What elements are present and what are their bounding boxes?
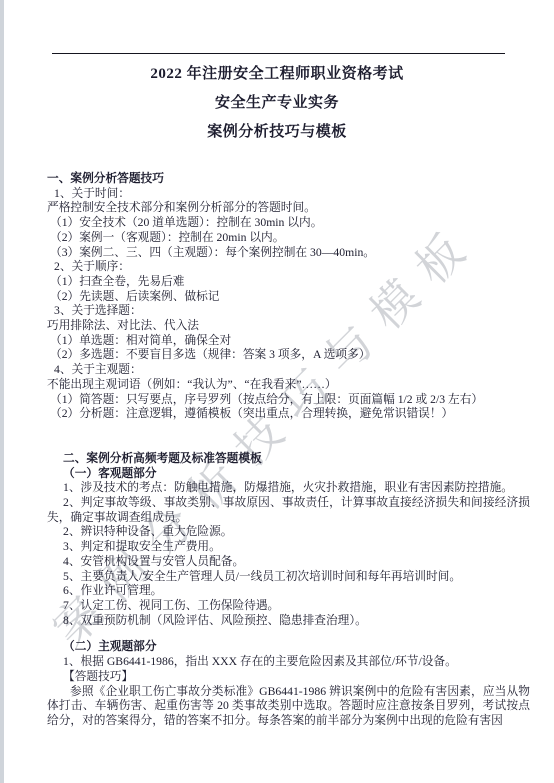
objective-item: 6、作业许可管理。 xyxy=(47,584,530,599)
doc-title-line: 安全生产专业实务 xyxy=(0,89,554,118)
header-rule xyxy=(52,53,505,54)
body-line: 严格控制安全技术部分和案例分析部分的答题时间。 xyxy=(47,201,530,216)
subjective-block: （二）主观题部分 1、根据 GB6441-1986，指出 XXX 存在的主要危险… xyxy=(47,640,530,728)
body-line: （2）多选题：不要盲目多选（规律：答案 3 项多，A 选项多） xyxy=(47,348,530,363)
subjective-item: 1、根据 GB6441-1986，指出 XXX 存在的主要危险因素及其部位/环节… xyxy=(47,655,530,670)
objective-item: 2、辨识特种设备、重大危险源。 xyxy=(47,525,530,540)
objective-item: 5、主要负责人/安全生产管理人员/一线员工初次培训时间和每年再培训时间。 xyxy=(47,570,530,585)
body-line: （2）案例一（客观题）：控制在 20min 以内。 xyxy=(47,231,530,246)
body-line: 不能出现主观词语（例如：“我认为”、“在我看来”……） xyxy=(47,378,530,393)
body-line: 1、关于时间： xyxy=(47,187,530,202)
subjective-heading: （二）主观题部分 xyxy=(47,640,530,655)
tip-paragraph: 参照《企业职工伤亡事故分类标准》GB6441-1986 辨识案例中的危险有害因素… xyxy=(47,685,530,729)
tip-label: 【答题技巧】 xyxy=(47,670,530,685)
doc-title-line: 案例分析技巧与模板 xyxy=(0,118,554,147)
body-line: （2）先读题、后读案例、做标记 xyxy=(47,290,530,305)
document-body: 一、案例分析答题技巧 1、关于时间： 严格控制安全技术部分和案例分析部分的答题时… xyxy=(47,172,530,729)
objective-item: 4、安管机构设置与安管人员配备。 xyxy=(47,555,530,570)
body-line: （1）单选题：相对简单，确保全对 xyxy=(47,334,530,349)
document-page: 案例分析技巧与模板 2022 年注册安全工程师职业资格考试 安全生产专业实务 案… xyxy=(0,0,554,783)
section1-heading: 一、案例分析答题技巧 xyxy=(47,172,530,187)
body-line: （1）简答题：只写要点，序号罗列（按点给分，有上限：页面篇幅 1/2 或 2/3… xyxy=(47,393,530,408)
body-line: 3、关于选择题： xyxy=(47,304,530,319)
objective-item: 8、双重预防机制（风险评估、风险预控、隐患排查治理）。 xyxy=(47,614,530,629)
objective-item: 7、认定工伤、视同工伤、工伤保险待遇。 xyxy=(47,599,530,614)
objective-item: 2、判定事故等级、事故类别、事故原因、事故责任，计算事故直接经济损失和间接经济损… xyxy=(47,496,530,525)
section2: 二、案例分析高频考题及标准答题模板 （一）客观题部分 1、涉及技术的考点：防触电… xyxy=(47,452,530,729)
body-line: （2）分析题：注意逻辑，遵循模板（突出重点，合理转换，避免常识错误！） xyxy=(47,407,530,422)
objective-item: 3、判定和提取安全生产费用。 xyxy=(47,540,530,555)
section1-lines: 1、关于时间： 严格控制安全技术部分和案例分析部分的答题时间。 （1）安全技术（… xyxy=(47,187,530,422)
body-line: 4、关于主观题： xyxy=(47,363,530,378)
body-line: （3）案例二、三、四（主观题）：每个案例控制在 30—40min。 xyxy=(47,246,530,261)
body-line: 2、关于顺序： xyxy=(47,260,530,275)
doc-title-line: 2022 年注册安全工程师职业资格考试 xyxy=(0,60,554,89)
body-line: 巧用排除法、对比法、代入法 xyxy=(47,319,530,334)
objective-heading: （一）客观题部分 xyxy=(47,467,530,482)
title-block: 2022 年注册安全工程师职业资格考试 安全生产专业实务 案例分析技巧与模板 xyxy=(0,60,554,147)
objective-item: 1、涉及技术的考点：防触电措施，防爆措施，火灾扑救措施，职业有害因素防控措施。 xyxy=(47,481,530,496)
body-line: （1）安全技术（20 道单选题）：控制在 30min 以内。 xyxy=(47,216,530,231)
body-line: （1）扫查全卷，先易后难 xyxy=(47,275,530,290)
section2-heading: 二、案例分析高频考题及标准答题模板 xyxy=(47,452,530,467)
objective-items: 1、涉及技术的考点：防触电措施，防爆措施，火灾扑救措施，职业有害因素防控措施。 … xyxy=(47,481,530,628)
